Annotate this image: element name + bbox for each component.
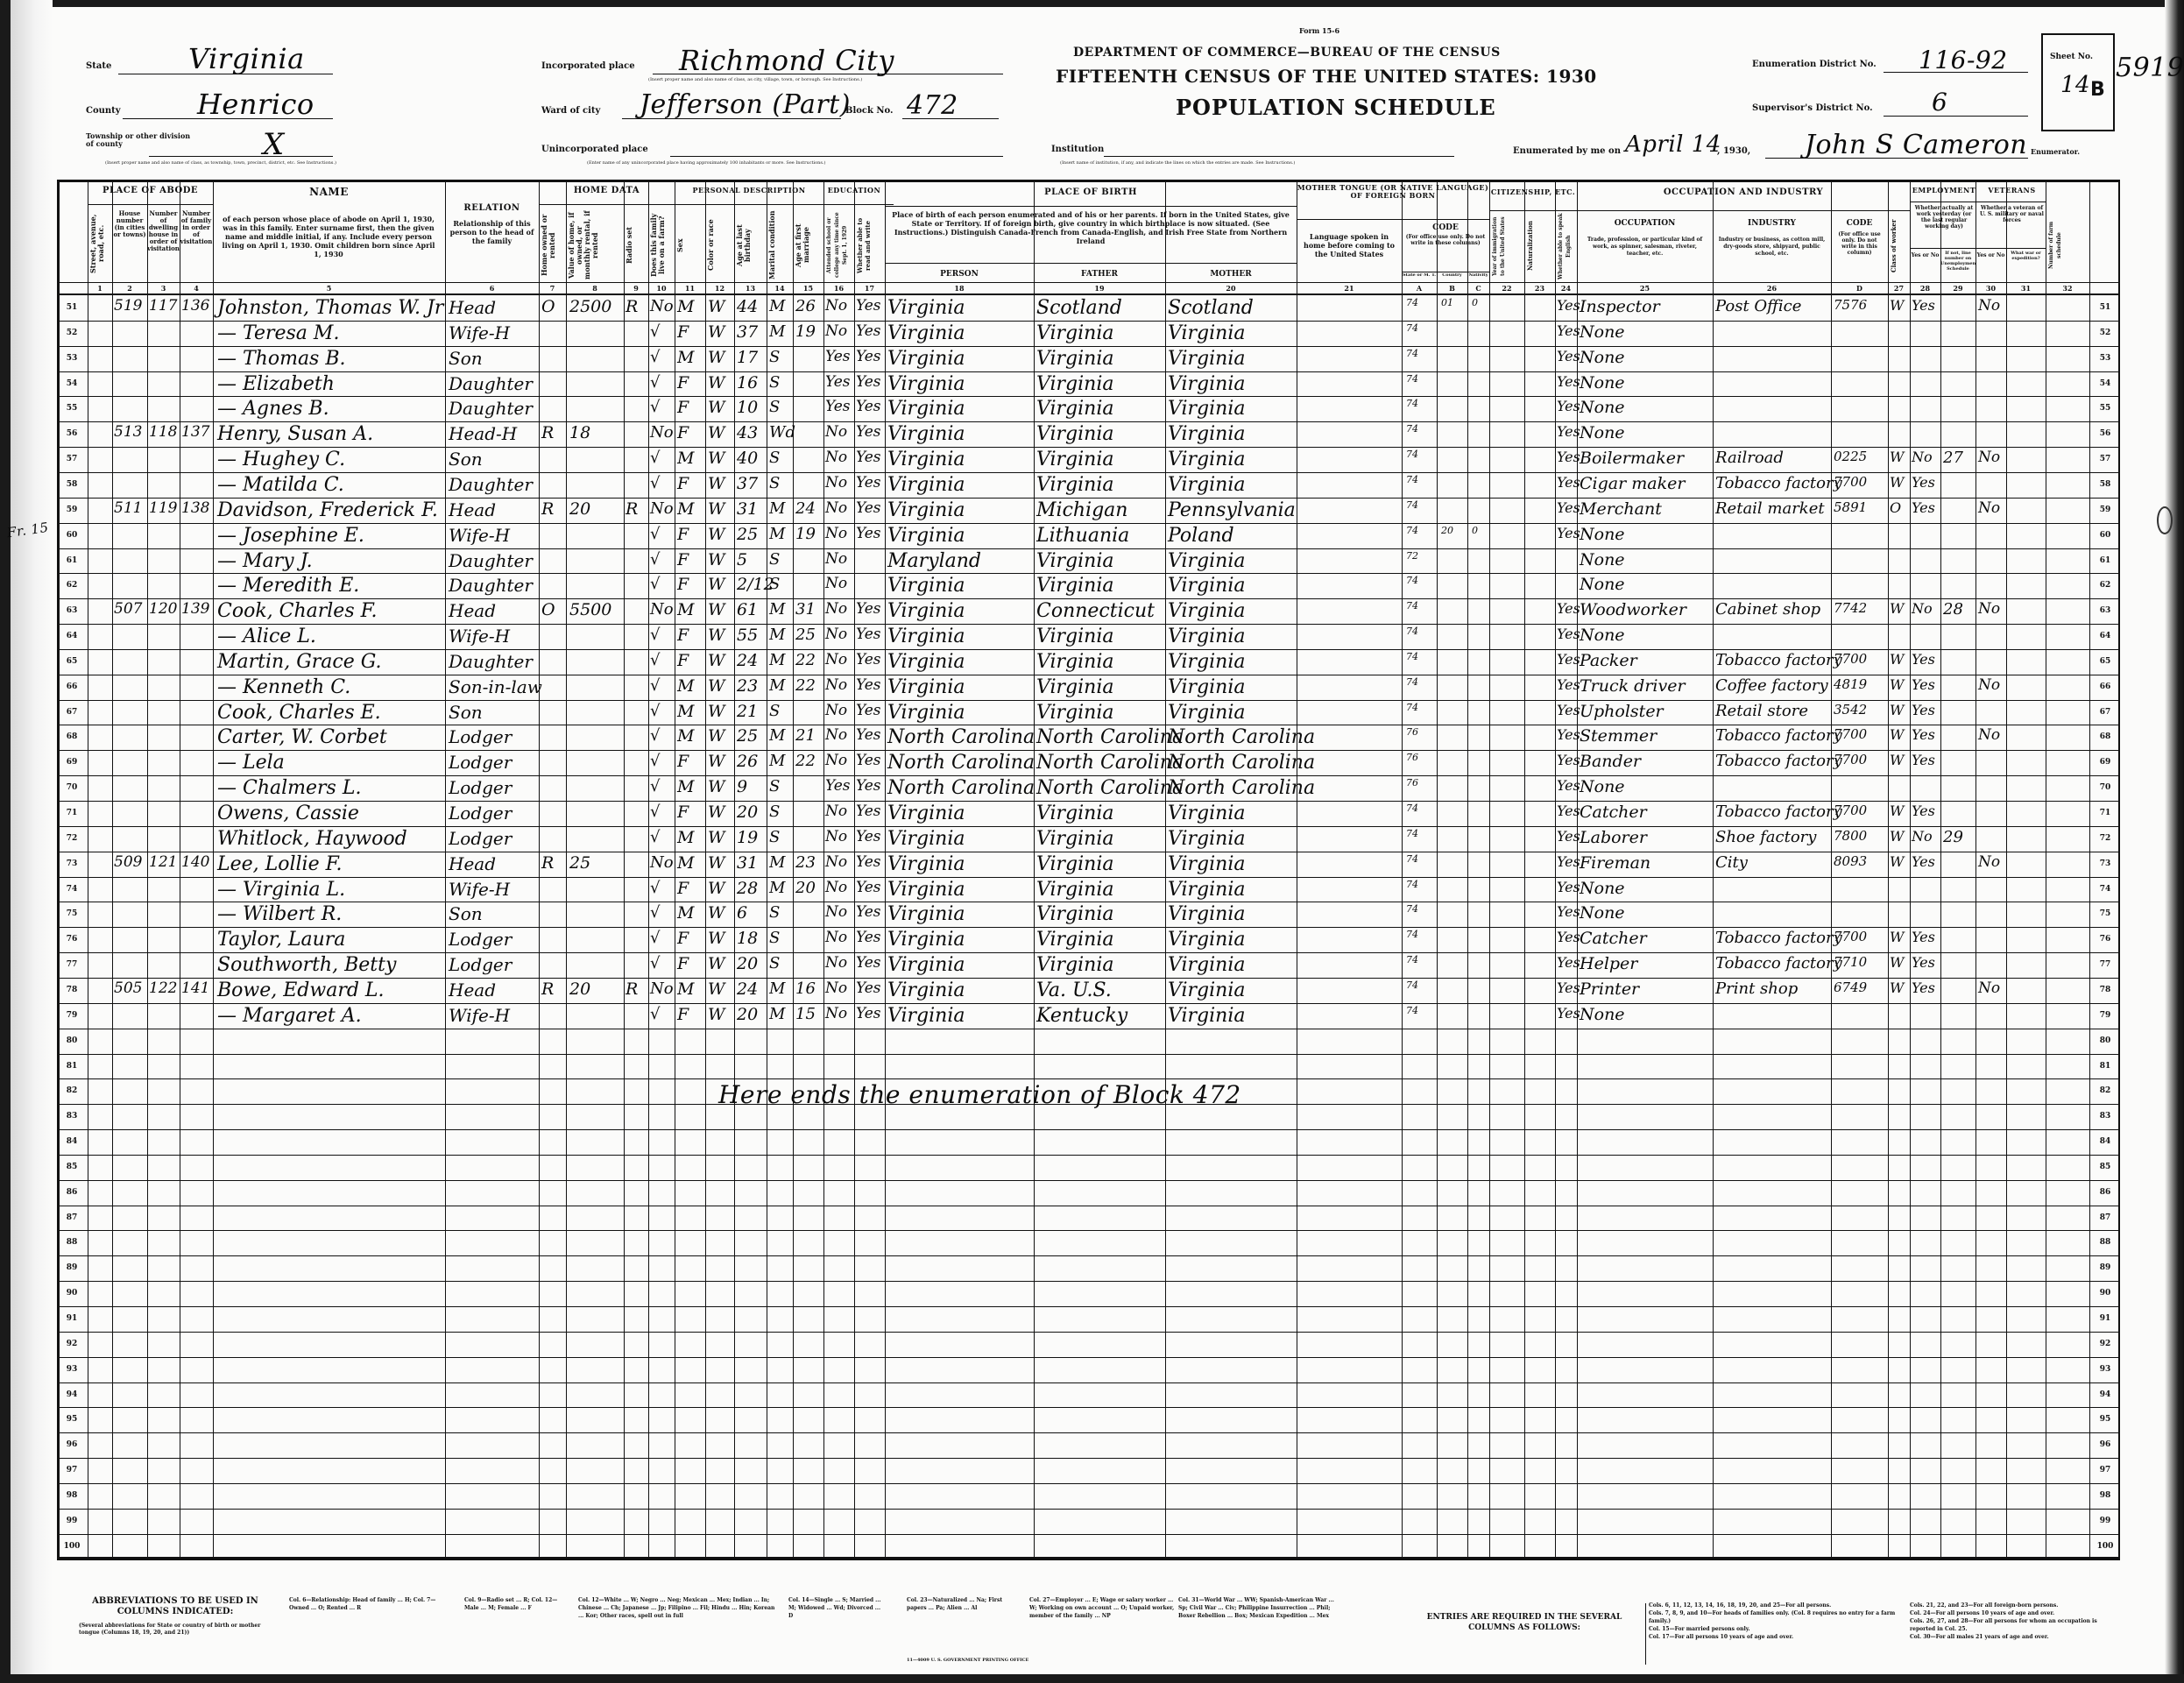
cell-school: No <box>825 853 847 871</box>
cell-farm: √ <box>650 777 660 796</box>
cell-age-marr: 22 <box>795 651 816 669</box>
cell-farm: No <box>650 297 674 315</box>
cell-marital: S <box>769 398 780 416</box>
cell-race: W <box>708 297 725 316</box>
cell-sex: F <box>677 803 689 822</box>
row-divider <box>57 801 2120 802</box>
line-number-right: 93 <box>2093 1365 2117 1374</box>
cell-value: 2500 <box>569 297 611 316</box>
line-number-right: 91 <box>2093 1314 2117 1323</box>
cell-english: Yes <box>1557 474 1580 491</box>
cell-marital: S <box>769 449 780 467</box>
cell-marital: Wd <box>769 423 795 442</box>
cell-mother: Virginia <box>1168 575 1246 597</box>
supervisor-value: 6 <box>1932 88 1947 117</box>
cell-mother: Virginia <box>1168 1005 1246 1027</box>
cell-marital: M <box>769 651 785 669</box>
cell-occupation: None <box>1580 879 1625 898</box>
line-number-left: 54 <box>60 379 84 388</box>
cell-farm: √ <box>650 803 660 821</box>
cell-birth: Virginia <box>887 626 965 647</box>
cell-dwelling: 118 <box>149 423 177 441</box>
cell-at-work: No <box>1912 828 1933 845</box>
department-title: DEPARTMENT OF COMMERCE—BUREAU OF THE CEN… <box>1073 46 1501 60</box>
col-birth-person: PERSON <box>885 270 1034 279</box>
cell-occupation: Printer <box>1580 979 1639 999</box>
line-number-right: 99 <box>2093 1517 2117 1525</box>
cell-school: No <box>825 499 847 517</box>
cell-relation: Head-H <box>449 423 517 444</box>
cell-age: 24 <box>737 979 758 999</box>
cell-school: No <box>825 1005 847 1022</box>
cell-marital: S <box>769 828 780 846</box>
cell-cB: 20 <box>1441 525 1453 536</box>
cell-english: Yes <box>1557 348 1580 364</box>
column-number: 18 <box>885 284 1034 293</box>
row-divider <box>57 1432 2120 1433</box>
col-house-number: House number (in cities or towns) <box>112 210 147 280</box>
cell-class: W <box>1890 676 1904 693</box>
cell-dwelling: 119 <box>149 499 177 517</box>
cell-cC: 0 <box>1472 297 1478 308</box>
cell-read: Yes <box>856 423 881 441</box>
cell-english: Yes <box>1557 626 1580 642</box>
cell-read: Yes <box>856 297 881 315</box>
line-number-left: 63 <box>60 606 84 615</box>
column-number: 10 <box>648 284 675 293</box>
cell-name: — Margaret A. <box>217 1005 362 1027</box>
cell-farm: √ <box>650 752 660 770</box>
col-farm-schedule: Number of farm schedule <box>2047 210 2088 280</box>
cell-family: 139 <box>181 600 209 618</box>
cell-age: 61 <box>737 600 758 619</box>
cell-birth: Virginia <box>887 423 965 445</box>
cell-cA: 74 <box>1406 626 1418 637</box>
cell-occupation: None <box>1580 575 1625 594</box>
cell-sex: M <box>677 853 694 873</box>
cell-marital: M <box>769 600 785 619</box>
cell-relation: Wife-H <box>449 525 510 546</box>
cell-occupation: Inspector <box>1580 297 1660 316</box>
cell-value: 18 <box>569 423 590 442</box>
line-number-left: 95 <box>60 1415 84 1424</box>
cell-age: 17 <box>737 348 758 367</box>
cell-school: No <box>825 702 847 719</box>
line-number-right: 68 <box>2093 732 2117 741</box>
cell-occupation: Catcher <box>1580 803 1647 822</box>
column-divider <box>793 180 794 1559</box>
line-number-left: 88 <box>60 1238 84 1247</box>
cell-read: Yes <box>856 348 881 365</box>
row-divider <box>57 1534 2120 1535</box>
column-number: 28 <box>1910 284 1940 293</box>
cell-class: W <box>1890 929 1904 945</box>
line-number-right: 52 <box>2093 329 2117 337</box>
line-number-right: 82 <box>2093 1086 2117 1095</box>
cell-sex: F <box>677 651 689 670</box>
cell-cA: 74 <box>1406 398 1418 409</box>
cell-father: North Carolina <box>1036 777 1184 799</box>
line-number-right: 94 <box>2093 1390 2117 1399</box>
cell-school: No <box>825 651 847 668</box>
state-label: State <box>86 61 111 71</box>
cell-owned: R <box>541 423 554 442</box>
cell-farm: No <box>650 600 674 619</box>
cell-farm: √ <box>650 879 660 897</box>
line-number-left: 96 <box>60 1440 84 1449</box>
column-number: 2 <box>112 284 147 293</box>
cell-radio: R <box>626 979 638 999</box>
row-divider <box>57 321 2120 322</box>
cell-farm: √ <box>650 1005 660 1023</box>
cell-age-marr: 19 <box>795 322 816 341</box>
cell-occupation: None <box>1580 626 1625 645</box>
cell-race: W <box>708 1005 725 1024</box>
line-number-right: 55 <box>2093 404 2117 413</box>
line-number-right: 87 <box>2093 1213 2117 1222</box>
cell-father: Virginia <box>1036 954 1114 976</box>
cell-class: W <box>1890 726 1904 743</box>
col-occupation: Trade, profession, or particular kind of… <box>1581 237 1708 279</box>
cell-at-work: Yes <box>1912 474 1935 491</box>
cell-read: Yes <box>856 903 881 921</box>
cell-birth: Virginia <box>887 853 965 875</box>
cell-birth: Virginia <box>887 879 965 901</box>
county-label: County <box>86 106 121 116</box>
line-number-right: 69 <box>2093 758 2117 767</box>
column-number: 26 <box>1713 284 1831 293</box>
col-family-number: Number of family in order of visitation <box>180 210 213 280</box>
divider <box>1489 210 1577 211</box>
cell-mother: Virginia <box>1168 929 1246 951</box>
col-veteran: Yes or No <box>1975 252 2006 258</box>
cell-relation: Wife-H <box>449 322 510 343</box>
column-number: 23 <box>1524 284 1555 293</box>
row-divider <box>57 1559 2120 1560</box>
cell-cA: 74 <box>1406 423 1418 435</box>
column-divider <box>854 180 855 1559</box>
ward-label: Ward of city <box>541 106 600 116</box>
cell-sex: M <box>677 979 694 999</box>
cell-relation: Lodger <box>449 726 512 747</box>
cell-marital: M <box>769 979 785 998</box>
row-divider <box>57 1054 2120 1055</box>
column-number: 1 <box>88 284 112 293</box>
cell-sex: F <box>677 575 689 594</box>
cell-at-work: Yes <box>1912 651 1935 668</box>
cell-school: No <box>825 979 847 997</box>
cell-marital: S <box>769 929 780 947</box>
cell-school: Yes <box>825 398 851 415</box>
line-number-left: 51 <box>60 303 84 312</box>
column-number: 12 <box>705 284 734 293</box>
cell-occupation: Merchant <box>1580 499 1662 519</box>
col-name: of each person whose place of abode on A… <box>219 215 438 280</box>
cell-cA: 74 <box>1406 879 1418 890</box>
cell-farm: No <box>650 423 674 442</box>
column-number: 9 <box>624 284 648 293</box>
cell-name: — Kenneth C. <box>217 676 350 698</box>
cell-code: 8093 <box>1834 853 1867 869</box>
cell-radio: R <box>626 297 638 316</box>
cell-marital: S <box>769 903 780 922</box>
cell-age: 28 <box>737 879 758 898</box>
cell-cA: 74 <box>1406 828 1418 839</box>
state-value: Virginia <box>188 42 305 75</box>
row-divider <box>57 1407 2120 1408</box>
column-number: 19 <box>1034 284 1165 293</box>
cell-father: Virginia <box>1036 373 1114 395</box>
cell-relation: Wife-H <box>449 626 510 647</box>
col-industry: Industry or business, as cotton mill, dr… <box>1715 237 1828 279</box>
cell-mother: Pennsylvania <box>1168 499 1296 521</box>
cell-value: 20 <box>569 979 590 999</box>
cell-read: Yes <box>856 499 881 517</box>
column-divider <box>1888 180 1889 1559</box>
cell-farm: √ <box>650 449 660 467</box>
cell-birth: Virginia <box>887 1005 965 1027</box>
column-divider <box>2046 180 2046 1559</box>
cell-unemp: 28 <box>1943 600 1963 619</box>
column-number: 31 <box>2006 284 2046 293</box>
col-radio: Radio set <box>626 210 647 280</box>
cell-english: Yes <box>1557 777 1580 794</box>
cell-english: Yes <box>1557 803 1580 819</box>
row-divider <box>57 952 2120 953</box>
cell-father: Va. U.S. <box>1036 979 1112 1001</box>
line-number-right: 80 <box>2093 1036 2117 1045</box>
cell-farm: No <box>650 499 674 518</box>
line-number-right: 75 <box>2093 909 2117 918</box>
line-number-left: 83 <box>60 1112 84 1121</box>
row-divider <box>57 1382 2120 1383</box>
cell-age: 24 <box>737 651 758 670</box>
cell-sex: F <box>677 373 689 392</box>
cell-mother: Virginia <box>1168 879 1246 901</box>
cell-birth: Virginia <box>887 803 965 824</box>
supervisor-label: Supervisor's District No. <box>1752 103 1873 113</box>
cell-school: No <box>825 879 847 896</box>
cell-school: No <box>825 297 847 315</box>
unincorporated-label: Unincorporated place <box>541 145 648 154</box>
column-divider <box>624 180 625 1559</box>
cell-cA: 74 <box>1406 803 1418 814</box>
cell-cA: 74 <box>1406 1005 1418 1016</box>
cell-name: Martin, Grace G. <box>217 651 382 673</box>
column-divider <box>1975 180 1976 1559</box>
cell-relation: Lodger <box>449 828 512 849</box>
cell-name: — Lela <box>217 752 285 774</box>
cell-english: Yes <box>1557 423 1580 440</box>
cell-name: — Virginia L. <box>217 879 345 901</box>
cell-read: Yes <box>856 626 881 643</box>
cell-at-work: Yes <box>1912 929 1935 945</box>
cell-birth: Virginia <box>887 979 965 1001</box>
cell-father: Virginia <box>1036 322 1114 344</box>
cell-owned: O <box>541 297 555 316</box>
cell-code: 7700 <box>1834 803 1867 818</box>
entries-required-list-1: Cols. 6, 11, 12, 13, 14, 16, 18, 19, 20,… <box>1649 1602 1903 1641</box>
group-mother-tongue: MOTHER TONGUE (OR NATIVE LANGUAGE) OF FO… <box>1297 184 1489 200</box>
ward-value: Jefferson (Part) <box>640 89 851 120</box>
column-number: 29 <box>1940 284 1975 293</box>
cell-birth: Virginia <box>887 651 965 673</box>
cell-code: 7700 <box>1834 651 1867 667</box>
line-number-left: 59 <box>60 506 84 514</box>
line-number-left: 94 <box>60 1390 84 1399</box>
cell-father: North Carolina <box>1036 726 1184 748</box>
cell-father: Kentucky <box>1036 1005 1127 1027</box>
veteran-note: Whether a veteran of U. S. military or n… <box>1978 205 2046 247</box>
cell-sex: M <box>677 903 694 923</box>
cell-mother: Virginia <box>1168 828 1246 850</box>
line-number-right: 86 <box>2093 1188 2117 1197</box>
cell-farm: √ <box>650 322 660 341</box>
cell-read: Yes <box>856 373 881 391</box>
cell-occupation: Fireman <box>1580 853 1650 873</box>
cell-marital: S <box>769 954 780 972</box>
col-code-d: (For office use only. Do not write in th… <box>1834 231 1885 279</box>
col-war: What war or expedition? <box>2006 251 2046 280</box>
row-divider <box>57 1281 2120 1282</box>
cell-farm: √ <box>650 676 660 695</box>
line-number-left: 56 <box>60 429 84 438</box>
line-number-left: 78 <box>60 986 84 994</box>
abbreviations-title: ABBREVIATIONS TO BE USED IN COLUMNS INDI… <box>79 1596 272 1617</box>
cell-name: Owens, Cassie <box>217 803 359 824</box>
divider <box>57 293 2120 295</box>
col-street: Street, avenue, road, etc. <box>89 208 109 279</box>
cell-mother: Virginia <box>1168 903 1246 925</box>
cell-race: W <box>708 726 725 746</box>
cell-occupation: None <box>1580 550 1625 569</box>
column-number: D <box>1831 284 1888 293</box>
cell-age: 37 <box>737 322 758 342</box>
cell-occupation: Catcher <box>1580 929 1647 948</box>
cell-cA: 74 <box>1406 297 1418 308</box>
line-number-right: 58 <box>2093 480 2117 489</box>
cell-industry: Tobacco factory <box>1715 803 1842 821</box>
sheet-side: B <box>2090 79 2105 101</box>
group-place-of-abode: PLACE OF ABODE <box>88 186 213 195</box>
cell-relation: Lodger <box>449 954 512 975</box>
cell-school: Yes <box>825 348 851 365</box>
column-divider <box>2006 180 2007 1559</box>
cell-read: Yes <box>856 702 881 719</box>
cell-farm: √ <box>650 954 660 972</box>
cell-marital: M <box>769 1005 785 1023</box>
cell-cB: 01 <box>1441 297 1453 308</box>
cell-occupation: None <box>1580 525 1625 544</box>
cell-occupation: None <box>1580 1005 1625 1024</box>
line-number-right: 96 <box>2093 1440 2117 1449</box>
cell-family: 140 <box>181 853 209 871</box>
cell-farm: √ <box>650 651 660 669</box>
line-number-right: 51 <box>2093 303 2117 312</box>
cell-radio: R <box>626 499 638 519</box>
cell-sex: M <box>677 726 694 746</box>
abbrev-col12: Col. 12—White ... W; Negro ... Neg; Mexi… <box>578 1596 780 1620</box>
col-industry-head: INDUSTRY <box>1713 219 1831 228</box>
column-number: 4 <box>180 284 213 293</box>
abbrev-col6: Col. 6—Relationship: Head of family ... … <box>289 1596 438 1612</box>
column-divider <box>1555 180 1556 1559</box>
end-of-block-note: Here ends the enumeration of Block 472 <box>718 1080 1241 1109</box>
cell-name: Carter, W. Corbet <box>217 726 387 748</box>
line-number-left: 64 <box>60 632 84 640</box>
cell-school: No <box>825 803 847 820</box>
cell-code: 6749 <box>1834 979 1867 995</box>
cell-industry: Retail store <box>1715 702 1808 720</box>
enum-district-value: 116-92 <box>1919 46 2008 74</box>
line-number-right: 83 <box>2093 1112 2117 1121</box>
cell-sex: F <box>677 879 689 898</box>
cell-school: No <box>825 474 847 491</box>
cell-name: — Teresa M. <box>217 322 339 344</box>
cell-school: No <box>825 449 847 466</box>
row-divider <box>57 396 2120 397</box>
column-number: 3 <box>147 284 180 293</box>
line-number-left: 57 <box>60 455 84 463</box>
cell-relation: Daughter <box>449 373 533 394</box>
cell-class: W <box>1890 297 1904 314</box>
cell-mother: Virginia <box>1168 600 1246 622</box>
line-number-right: 78 <box>2093 986 2117 994</box>
cell-mother: Virginia <box>1168 322 1246 344</box>
cell-name: Southworth, Betty <box>217 954 396 976</box>
cell-race: W <box>708 626 725 645</box>
line-number-left: 90 <box>60 1289 84 1298</box>
cell-age: 20 <box>737 1005 758 1024</box>
row-divider <box>57 1255 2120 1256</box>
divider <box>88 204 213 205</box>
cell-cA: 74 <box>1406 575 1418 586</box>
cell-farm: √ <box>650 828 660 846</box>
column-number: 25 <box>1577 284 1713 293</box>
row-divider <box>57 978 2120 979</box>
column-divider <box>885 180 886 1559</box>
cell-occupation: Cigar maker <box>1580 474 1685 493</box>
schedule-title: POPULATION SCHEDULE <box>1176 95 1496 120</box>
cell-occupation: Helper <box>1580 954 1637 973</box>
cell-sex: F <box>677 423 689 442</box>
line-number-right: 85 <box>2093 1163 2117 1171</box>
cell-at-work: Yes <box>1912 726 1935 743</box>
line-number-right: 65 <box>2093 657 2117 666</box>
cell-house: 505 <box>114 979 142 997</box>
row-divider <box>57 675 2120 675</box>
cell-school: No <box>825 676 847 694</box>
cell-name: — Agnes B. <box>217 398 329 420</box>
cell-veteran: No <box>1978 726 2000 744</box>
cell-relation: Son <box>449 449 483 470</box>
cell-father: Virginia <box>1036 423 1114 445</box>
township-label: Township or other division of county <box>86 132 191 148</box>
column-number: C <box>1467 284 1489 293</box>
line-number-right: 100 <box>2093 1542 2117 1551</box>
row-divider <box>57 573 2120 574</box>
cell-name: — Hughey C. <box>217 449 345 470</box>
column-number: 27 <box>1888 284 1910 293</box>
line-number-left: 67 <box>60 708 84 717</box>
cell-dwelling: 120 <box>149 600 177 618</box>
line-number-right: 54 <box>2093 379 2117 388</box>
line-number-right: 84 <box>2093 1137 2117 1146</box>
cell-class: W <box>1890 853 1904 870</box>
printer-imprint: 11—4009 U. S. GOVERNMENT PRINTING OFFICE <box>907 1656 1028 1665</box>
cell-class: W <box>1890 752 1904 768</box>
line-number-left: 85 <box>60 1163 84 1171</box>
